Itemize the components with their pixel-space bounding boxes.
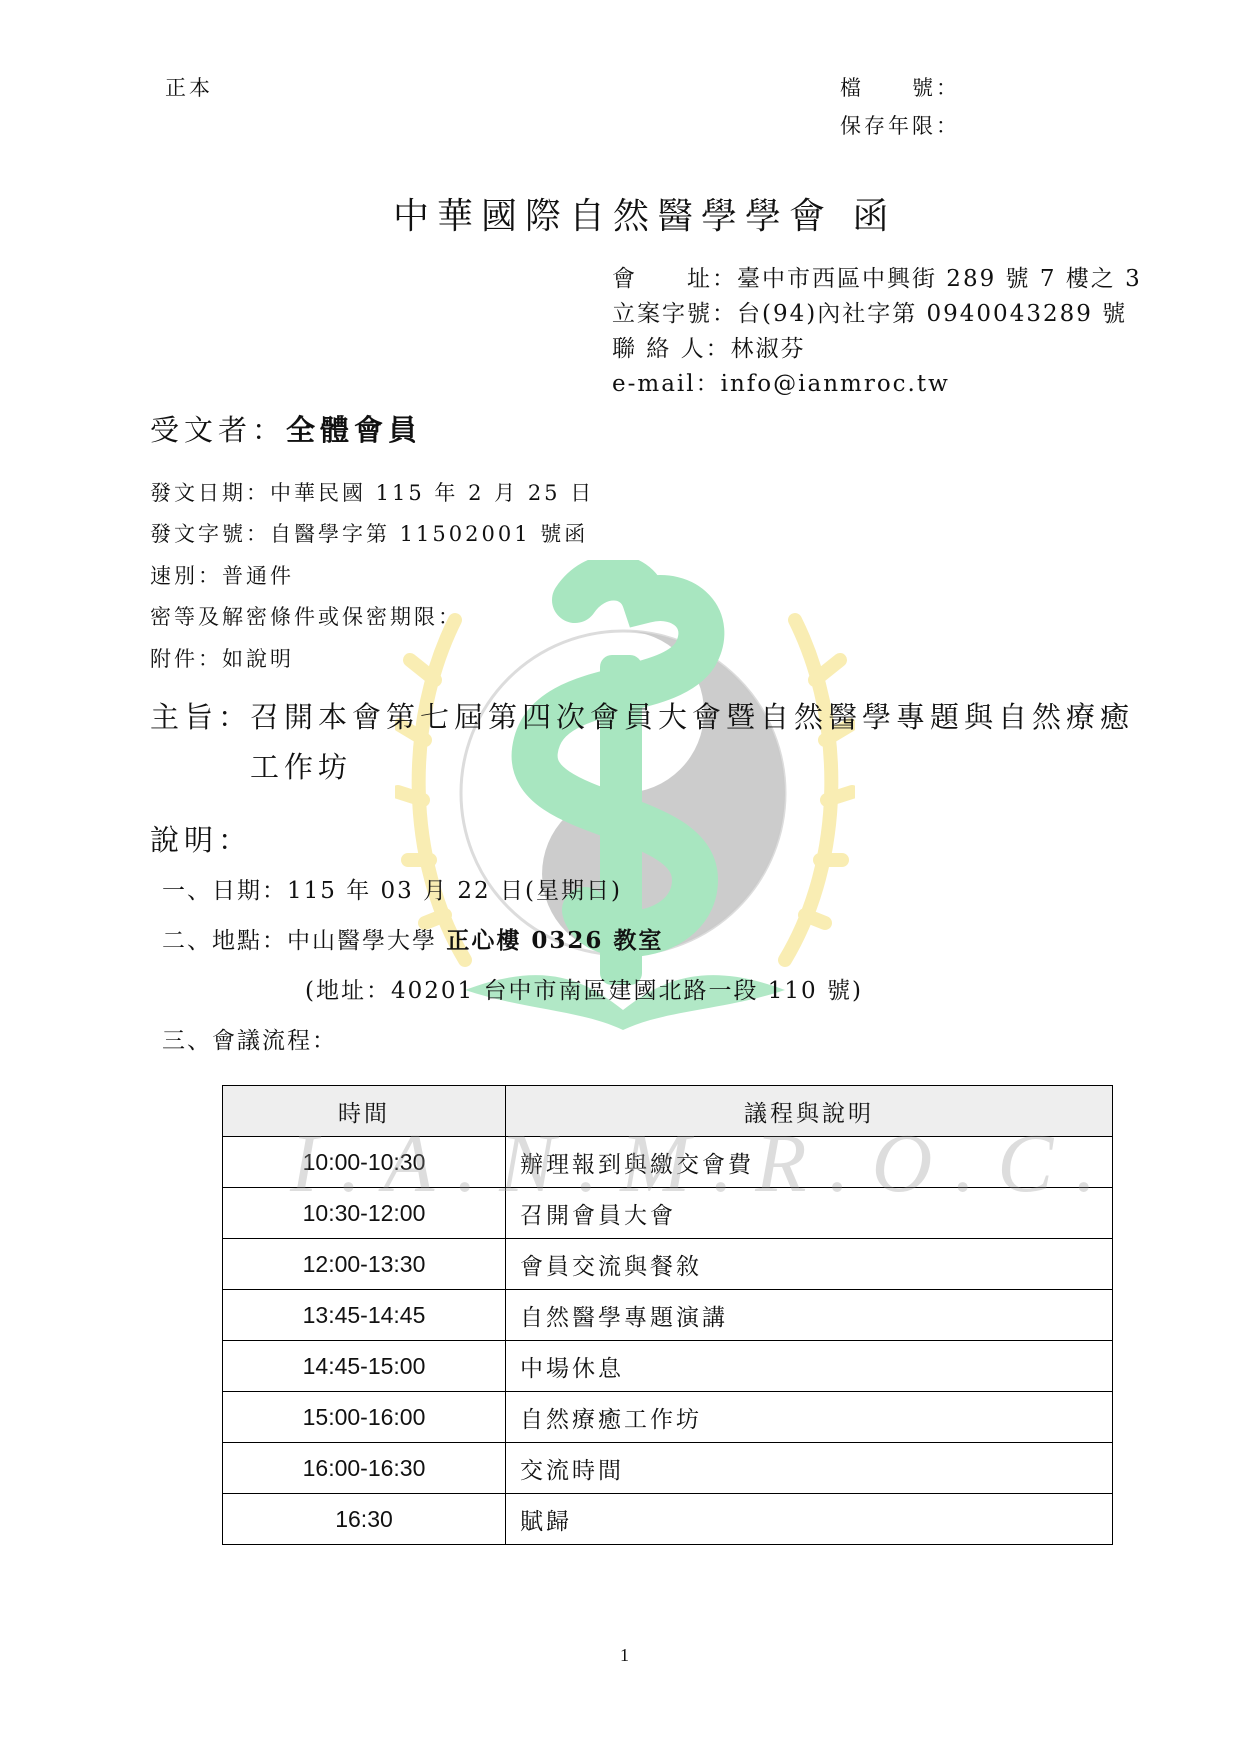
table-row: 12:00-13:30會員交流與餐敘	[223, 1239, 1113, 1290]
table-row: 15:00-16:00自然療癒工作坊	[223, 1392, 1113, 1443]
explanation-date: 一、日期：115 年 03 月 22 日(星期日)	[162, 872, 622, 905]
cell-time: 16:30	[223, 1494, 506, 1545]
item-text: 中山醫學大學	[287, 928, 446, 954]
cell-time: 14:45-15:00	[223, 1341, 506, 1392]
meta-label: 速別：	[150, 564, 222, 588]
explanation-label: 說明：	[150, 818, 252, 859]
meta-classification: 密等及解密條件或保密期限：	[150, 601, 462, 631]
item-prefix: 二、地點：	[162, 928, 287, 954]
cell-description: 自然醫學專題演講	[506, 1290, 1113, 1341]
meta-value: 普通件	[222, 564, 294, 588]
meta-attachment: 附件：如說明	[150, 643, 294, 673]
copy-type-label: 正本	[165, 72, 213, 102]
recipient-label: 受文者：	[150, 413, 286, 447]
cell-time: 12:00-13:30	[223, 1239, 506, 1290]
org-email: e-mail：info@ianmroc.tw	[612, 365, 950, 398]
cell-time: 15:00-16:00	[223, 1392, 506, 1443]
meta-label: 發文日期：	[150, 481, 270, 505]
table-row: 10:30-12:00召開會員大會	[223, 1188, 1113, 1239]
cell-time: 16:00-16:30	[223, 1443, 506, 1494]
table-row: 13:45-14:45自然醫學專題演講	[223, 1290, 1113, 1341]
meta-value: 自醫學字第 11502001 號函	[270, 522, 588, 546]
table-row: 16:00-16:30交流時間	[223, 1443, 1113, 1494]
cell-description: 自然療癒工作坊	[506, 1392, 1113, 1443]
cell-time: 13:45-14:45	[223, 1290, 506, 1341]
page-number: 1	[620, 1645, 629, 1666]
column-header-description: 議程與說明	[506, 1086, 1113, 1137]
cell-description: 賦歸	[506, 1494, 1113, 1545]
item-text: 115 年 03 月 22 日(星期日)	[287, 878, 622, 904]
meta-value: 如說明	[222, 647, 294, 671]
meta-issue-number: 發文字號：自醫學字第 11502001 號函	[150, 518, 588, 548]
column-header-time: 時間	[223, 1086, 506, 1137]
subject-label: 主旨：	[150, 695, 252, 736]
org-contact: 聯 絡 人：林淑芬	[612, 330, 806, 363]
location-room: 正心樓 0326 教室	[446, 927, 663, 954]
explanation-location: 二、地點：中山醫學大學 正心樓 0326 教室	[162, 922, 663, 955]
wreath-left-icon	[398, 620, 465, 960]
org-registration: 立案字號：台(94)內社字第 0940043289 號	[612, 295, 1127, 328]
retention-period-label: 保存年限：	[840, 110, 960, 140]
agenda-table: 時間 議程與說明 10:00-10:30辦理報到與繳交會費 10:30-12:0…	[222, 1085, 1113, 1545]
table-row: 10:00-10:30辦理報到與繳交會費	[223, 1137, 1113, 1188]
meta-value: 中華民國 115 年 2 月 25 日	[270, 481, 594, 505]
cell-time: 10:00-10:30	[223, 1137, 506, 1188]
table-row: 16:30賦歸	[223, 1494, 1113, 1545]
meta-label: 密等及解密條件或保密期限：	[150, 605, 462, 629]
wreath-right-icon	[785, 620, 852, 960]
subject-line-1: 召開本會第七屆第四次會員大會暨自然醫學專題與自然療癒	[250, 695, 1134, 736]
page-title: 中華國際自然醫學學會 函	[393, 188, 896, 239]
meta-speed: 速別：普通件	[150, 560, 294, 590]
recipient-line: 受文者：全體會員	[150, 408, 422, 449]
file-number-label: 檔 號：	[840, 72, 960, 102]
org-address: 會 址：臺中市西區中興街 289 號 7 樓之 3	[612, 260, 1142, 293]
meta-label: 附件：	[150, 647, 222, 671]
meta-label: 發文字號：	[150, 522, 270, 546]
cell-description: 辦理報到與繳交會費	[506, 1137, 1113, 1188]
cell-description: 召開會員大會	[506, 1188, 1113, 1239]
table-row: 14:45-15:00中場休息	[223, 1341, 1113, 1392]
cell-description: 交流時間	[506, 1443, 1113, 1494]
subject-line-2: 工作坊	[250, 745, 352, 786]
cell-description: 會員交流與餐敘	[506, 1239, 1113, 1290]
recipient-value: 全體會員	[286, 413, 422, 447]
table-header-row: 時間 議程與說明	[223, 1086, 1113, 1137]
meta-issue-date: 發文日期：中華民國 115 年 2 月 25 日	[150, 477, 594, 507]
explanation-agenda-label: 三、會議流程：	[162, 1022, 337, 1055]
item-prefix: 一、日期：	[162, 878, 287, 904]
explanation-address: (地址：40201 台中市南區建國北路一段 110 號)	[305, 972, 863, 1005]
cell-time: 10:30-12:00	[223, 1188, 506, 1239]
cell-description: 中場休息	[506, 1341, 1113, 1392]
